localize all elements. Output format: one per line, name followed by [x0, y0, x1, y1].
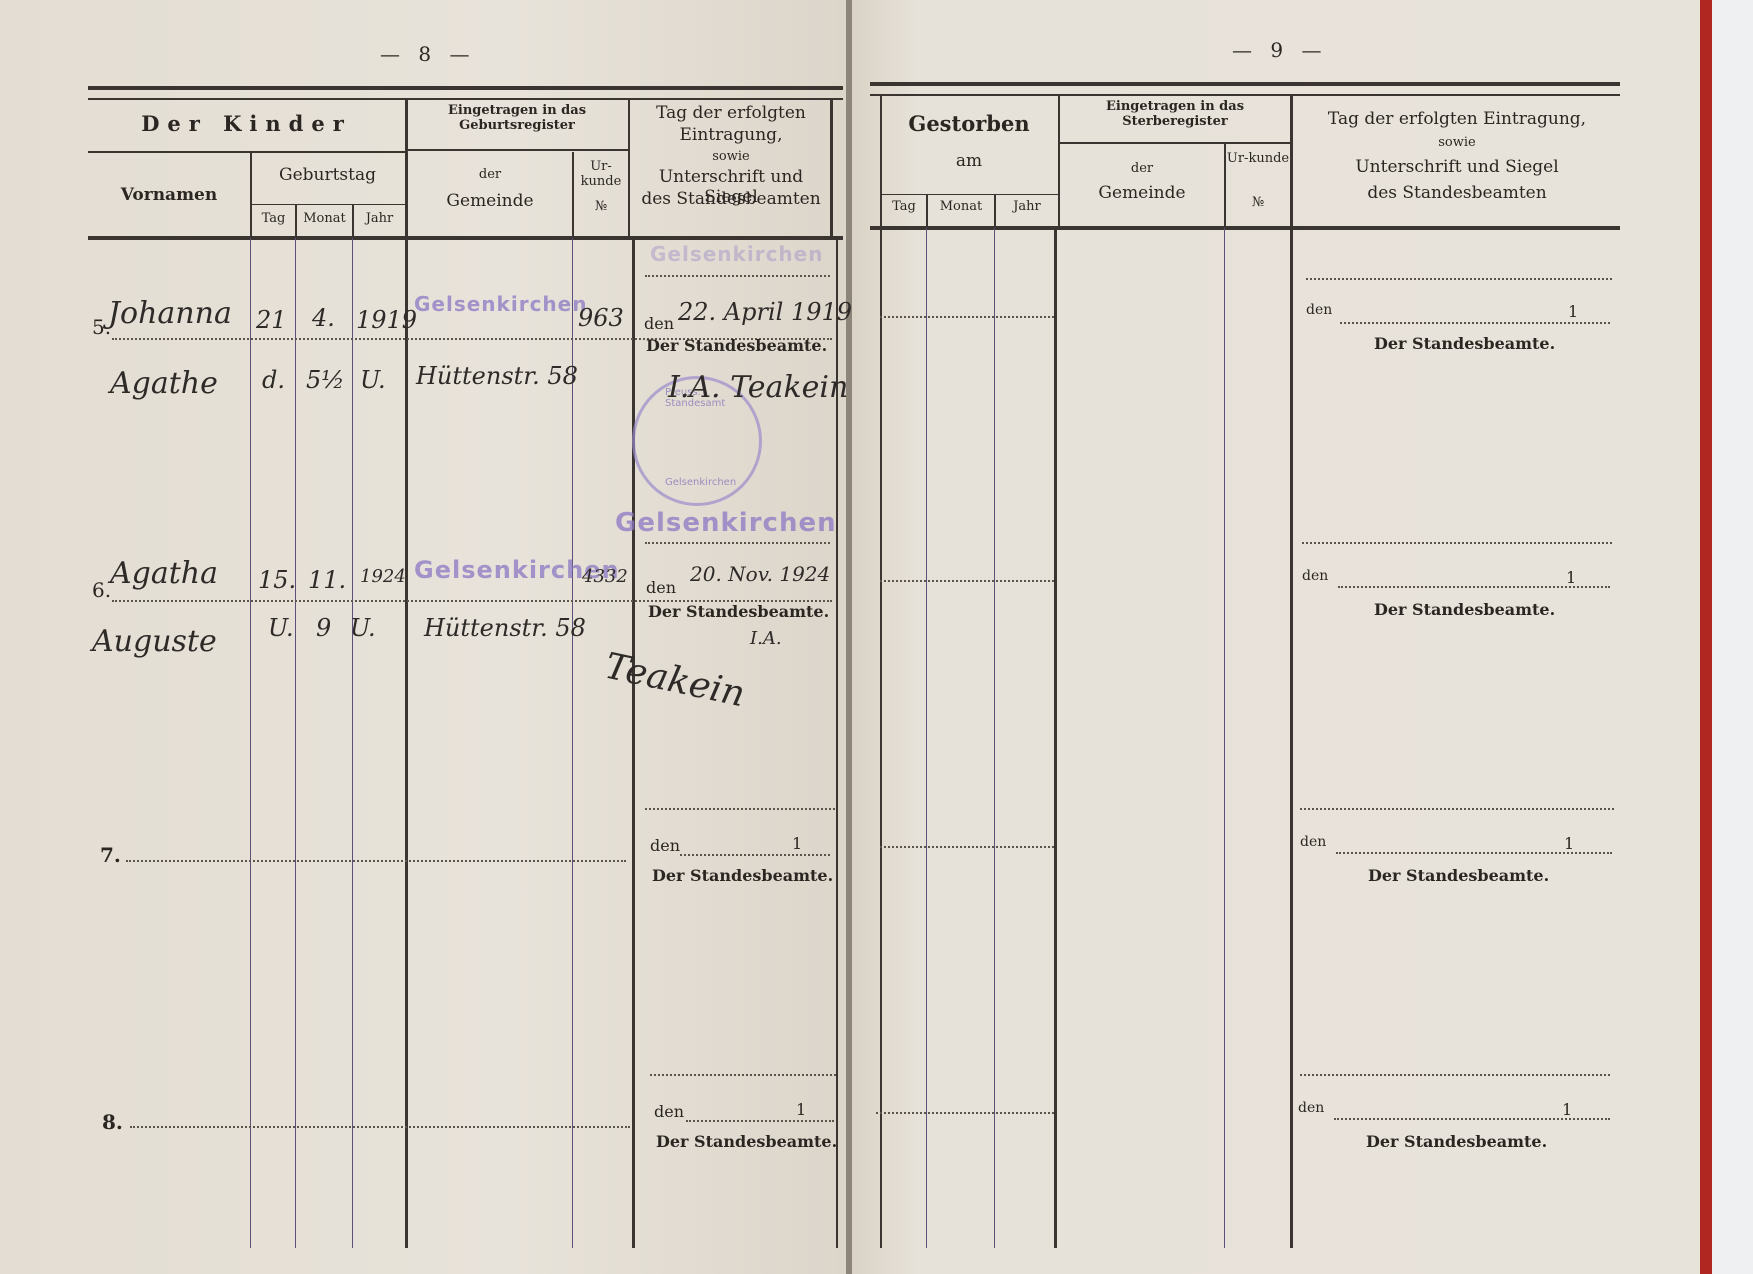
header-top-rule-inner [870, 94, 1620, 96]
dotted-line [1300, 1074, 1610, 1076]
header-certificate-no: № [574, 200, 628, 215]
header-year: Jahr [996, 200, 1058, 215]
signature-prefix: I.A. [750, 628, 782, 649]
dotted-line [876, 1112, 1054, 1114]
date-dotted-line [686, 1120, 834, 1122]
birth-day: 21 [256, 306, 287, 334]
date-prefix: den [1306, 302, 1332, 318]
dotted-line [650, 1074, 836, 1076]
birth-day-words: U. [268, 614, 294, 642]
officer-label: Der Standesbeamte. [652, 866, 833, 885]
birth-month: 4. [312, 304, 335, 332]
entry-number: 6. [92, 578, 111, 602]
header-top-rule [88, 86, 843, 90]
body-col-line [880, 228, 882, 1248]
header-sub-rule [1058, 142, 1290, 144]
date-suffix: 1 [1564, 834, 1574, 853]
header-entry-4: des Standesbeamten [1294, 184, 1620, 204]
officer-label: Der Standesbeamte. [656, 1132, 837, 1151]
dotted-line [130, 1126, 630, 1128]
header-registered-death: Eingetragen in das Sterberegister [1060, 100, 1290, 130]
birth-year: 1924 [360, 566, 406, 587]
header-entry-1: Tag der erfolgten [632, 104, 830, 124]
birth-year-words: U. [360, 366, 386, 394]
date-prefix: den [654, 1102, 684, 1121]
dotted-line [880, 846, 1054, 848]
date-prefix: den [1300, 834, 1326, 850]
header-of-the: der [408, 168, 572, 183]
handwritten-first-name: Agatha [110, 556, 218, 591]
handwritten-address: Hüttenstr. 58 [416, 362, 578, 390]
page-number-right: — 9 — [1232, 38, 1327, 62]
entry-number: 8. [102, 1110, 123, 1134]
date-suffix: 1 [792, 834, 802, 853]
dotted-line [645, 542, 830, 544]
date-suffix: 1 [796, 1100, 806, 1119]
header-registered-birth: Eingetragen in das Geburtsregister [408, 104, 626, 134]
background-edge [1712, 0, 1753, 1274]
date-suffix: 1 [1566, 568, 1576, 587]
header-day: Tag [252, 212, 295, 227]
body-col-line [1290, 228, 1293, 1248]
birth-month: 11. [308, 566, 346, 594]
officer-label: Der Standesbeamte. [1366, 1132, 1547, 1151]
header-sub-rule [88, 151, 405, 153]
officer-label: Der Standesbeamte. [648, 602, 829, 621]
red-cover-edge [1700, 0, 1712, 1274]
col-divider [830, 98, 833, 238]
book-spine [846, 0, 852, 1274]
col-divider [628, 98, 630, 238]
handwritten-first-name: Johanna [108, 296, 232, 331]
date-prefix: den [1298, 1100, 1324, 1116]
entry-number: 7. [100, 843, 121, 867]
dotted-line [645, 275, 830, 277]
header-entry-3: Unterschrift und Siegel [1294, 158, 1620, 178]
header-entry-3: sowie [632, 150, 830, 165]
header-died: Gestorben [880, 112, 1058, 136]
officer-label: Der Standesbeamte. [1368, 866, 1549, 885]
birth-day-words: d. [262, 366, 285, 394]
header-top-rule [870, 82, 1620, 86]
body-col-line [994, 228, 995, 1248]
header-day: Tag [882, 200, 926, 215]
handwritten-entry-date: 22. April 1919 [678, 298, 852, 326]
birth-month-words: 9 [316, 614, 331, 642]
col-divider [1290, 94, 1293, 228]
date-suffix: 1 [1562, 1100, 1572, 1119]
handwritten-second-name: Auguste [92, 624, 217, 659]
header-entry-2: Eintragung, [632, 126, 830, 146]
header-certificate-no: № [1226, 196, 1290, 211]
header-bottom-rule [870, 226, 1620, 230]
dotted-line [880, 316, 1054, 318]
header-entry-5: des Standesbeamten [632, 190, 830, 210]
stamp-gelsenkirchen: Gelsenkirchen [650, 242, 823, 266]
date-prefix: den [650, 836, 680, 855]
header-birthday: Geburtstag [250, 166, 405, 186]
officer-label: Der Standesbeamte. [1374, 334, 1555, 353]
date-prefix: den [1302, 568, 1328, 584]
date-prefix: den [646, 578, 676, 597]
header-year: Jahr [354, 212, 405, 227]
officer-label: Der Standesbeamte. [1374, 600, 1555, 619]
body-col-line [250, 238, 251, 1248]
header-sub-rule [250, 204, 405, 205]
body-col-line [1224, 228, 1225, 1248]
body-col-line [352, 238, 353, 1248]
header-month: Monat [297, 212, 352, 227]
body-col-line [926, 228, 927, 1248]
handwritten-entry-date: 20. Nov. 1924 [690, 562, 830, 586]
birth-day: 15. [258, 566, 296, 594]
date-dotted-line [680, 854, 830, 856]
municipality-stamp: Gelsenkirchen [414, 292, 587, 316]
certificate-number: 4332 [582, 566, 628, 587]
header-certificate: Ur-kunde [1226, 152, 1290, 167]
header-top-rule-inner [88, 98, 843, 100]
header-entry-2: sowie [1294, 136, 1620, 151]
body-col-line [295, 238, 296, 1248]
handwritten-address: Hütten­str. 58 [424, 614, 586, 642]
dotted-line [1302, 542, 1612, 544]
dotted-line [880, 580, 1054, 582]
date-suffix: 1 [1568, 302, 1578, 321]
body-col-line [1054, 228, 1057, 1248]
dotted-line [1306, 278, 1612, 280]
page-number-left: — 8 — [380, 42, 475, 66]
header-sub-rule [880, 194, 1058, 195]
birth-year: 1919 [356, 306, 417, 334]
body-col-line [405, 238, 408, 1248]
seal-text-bottom: Gelsenkirchen [665, 477, 736, 488]
date-dotted-line [1340, 322, 1610, 324]
header-on: am [880, 152, 1058, 172]
header-municipality: Gemeinde [1060, 184, 1224, 204]
header-first-names: Vornamen [88, 186, 250, 206]
header-municipality: Gemeinde [408, 192, 572, 212]
dotted-line [645, 808, 835, 810]
dotted-line [126, 860, 626, 862]
header-bottom-rule [88, 236, 843, 240]
header-children: Der Kinder [88, 112, 405, 136]
header-entry-1: Tag der erfolgten Eintragung, [1294, 110, 1620, 130]
dotted-line [1300, 808, 1614, 810]
officer-label: Der Standesbeamte. [646, 336, 827, 355]
handwritten-signature: I.A. Teakein [668, 370, 848, 405]
header-certificate: Ur-kunde [574, 160, 628, 190]
header-month: Monat [928, 200, 994, 215]
stamp-gelsenkirchen: Gelsenkirchen [615, 508, 837, 538]
header-of-the: der [1060, 162, 1224, 177]
body-col-line [632, 238, 635, 1248]
handwritten-second-name: Agathe [110, 366, 218, 401]
date-prefix: den [644, 314, 674, 333]
birth-year-words: U. [350, 614, 376, 642]
certificate-number: 963 [578, 304, 624, 332]
header-sub-rule [405, 149, 628, 151]
birth-month-words: 5½ [306, 366, 345, 394]
